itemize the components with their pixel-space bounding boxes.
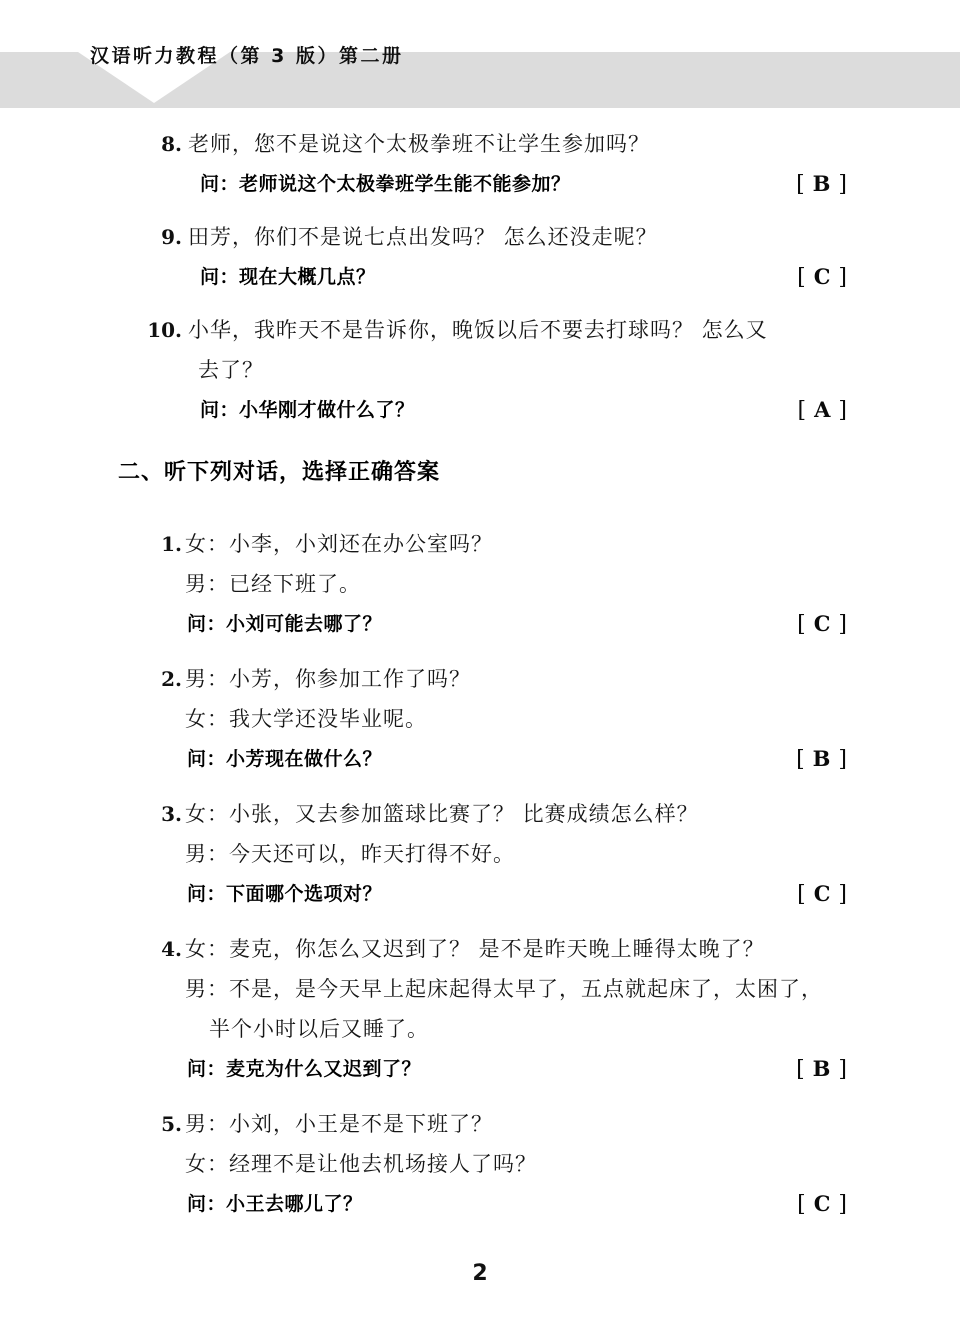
- dialogue-line: 小华，我昨天不是告诉你，晚饭以后不要去打球吗？ 怎么又: [188, 318, 768, 342]
- item-number: 5.: [0, 1104, 182, 1144]
- dialogue-line: 女：小张，又去参加篮球比赛了？ 比赛成绩怎么样？: [185, 802, 699, 826]
- bracket-right: ]: [838, 1057, 847, 1082]
- question-line: 问：下面哪个选项对？: [187, 883, 382, 905]
- bracket-left: [: [797, 612, 806, 637]
- answer-key: [B]: [796, 164, 847, 205]
- section-part2: 1. 女：小李，小刘还在办公室吗？ 男：已经下班了。 问：小刘可能去哪了？ [C…: [0, 524, 960, 1224]
- book-title: 汉语听力教程（第 3 版）第二册: [90, 41, 403, 68]
- bracket-right: ]: [838, 398, 847, 423]
- answer-key: [C]: [797, 874, 847, 915]
- page-content: 8. 老师，您不是说这个太极拳班不让学生参加吗？ 问：老师说这个太极拳班学生能不…: [0, 0, 960, 1294]
- answer-key: [B]: [796, 739, 847, 780]
- section-heading: 二、听下列对话，选择正确答案: [0, 453, 960, 493]
- item-number: 2.: [0, 659, 182, 699]
- question-line: 问：小王去哪儿了？: [187, 1193, 363, 1215]
- dialogue-line: 女：麦克，你怎么又迟到了？ 是不是昨天晚上睡得太晚了？: [185, 937, 765, 961]
- question-line: 问：老师说这个太极拳班学生能不能参加？: [200, 173, 571, 195]
- bracket-left: [: [797, 882, 806, 907]
- bracket-right: ]: [838, 265, 847, 290]
- bracket-left: [: [796, 1057, 805, 1082]
- answer-letter: C: [814, 611, 831, 636]
- bracket-left: [: [797, 265, 806, 290]
- bracket-right: ]: [838, 747, 847, 772]
- item-number: 1.: [0, 524, 182, 564]
- answer-key: [A]: [798, 390, 847, 431]
- dialogue-line: 女：经理不是让他去机场接人了吗？: [185, 1152, 537, 1176]
- dialogue-line: 男：已经下班了。: [185, 572, 361, 596]
- item-number: 4.: [0, 929, 182, 969]
- dialogue-line: 女：我大学还没毕业呢。: [185, 707, 427, 731]
- answer-key: [C]: [797, 257, 847, 298]
- question-line: 问：现在大概几点？: [200, 266, 376, 288]
- answer-letter: C: [814, 881, 831, 906]
- answer-letter: B: [813, 1056, 831, 1081]
- answer-letter: C: [814, 1191, 831, 1216]
- question-line: 问：小芳现在做什么？: [187, 748, 382, 770]
- question-item-10: 10. 小华，我昨天不是告诉你，晚饭以后不要去打球吗？ 怎么又 去了？ 问：小华…: [0, 310, 960, 430]
- item-number: 3.: [0, 794, 182, 834]
- bracket-right: ]: [838, 882, 847, 907]
- bracket-left: [: [796, 172, 805, 197]
- bracket-left: [: [796, 747, 805, 772]
- question-item-8: 8. 老师，您不是说这个太极拳班不让学生参加吗？ 问：老师说这个太极拳班学生能不…: [0, 124, 960, 204]
- dialogue-line: 半个小时以后又睡了。: [209, 1017, 429, 1041]
- answer-key: [C]: [797, 604, 847, 645]
- dialogue-line: 女：小李，小刘还在办公室吗？: [185, 532, 493, 556]
- question-line: 问：小刘可能去哪了？: [187, 613, 382, 635]
- dialogue-line: 男：小芳，你参加工作了吗？: [185, 667, 471, 691]
- page-number: 2: [0, 1254, 960, 1294]
- dialogue-line: 去了？: [198, 358, 264, 382]
- dialogue-item-2: 2. 男：小芳，你参加工作了吗？ 女：我大学还没毕业呢。 问：小芳现在做什么？ …: [0, 659, 960, 779]
- section-part1: 8. 老师，您不是说这个太极拳班不让学生参加吗？ 问：老师说这个太极拳班学生能不…: [0, 124, 960, 430]
- bracket-left: [: [798, 398, 807, 423]
- dialogue-item-3: 3. 女：小张，又去参加篮球比赛了？ 比赛成绩怎么样？ 男：今天还可以，昨天打得…: [0, 794, 960, 914]
- bracket-right: ]: [838, 612, 847, 637]
- dialogue-line: 田芳，你们不是说七点出发吗？ 怎么还没走呢？: [188, 225, 658, 249]
- item-number: 9.: [0, 217, 182, 257]
- answer-letter: A: [814, 397, 830, 422]
- answer-letter: B: [813, 746, 831, 771]
- bracket-right: ]: [838, 172, 847, 197]
- answer-key: [C]: [797, 1184, 847, 1225]
- answer-letter: B: [813, 171, 831, 196]
- answer-key: [B]: [796, 1049, 847, 1090]
- dialogue-item-1: 1. 女：小李，小刘还在办公室吗？ 男：已经下班了。 问：小刘可能去哪了？ [C…: [0, 524, 960, 644]
- bracket-right: ]: [838, 1192, 847, 1217]
- dialogue-line: 男：不是，是今天早上起床起得太早了，五点就起床了，太困了，: [185, 977, 823, 1001]
- question-line: 问：小华刚才做什么了？: [200, 399, 415, 421]
- item-number: 8.: [0, 124, 182, 164]
- dialogue-line: 男：小刘，小王是不是下班了？: [185, 1112, 493, 1136]
- dialogue-item-5: 5. 男：小刘，小王是不是下班了？ 女：经理不是让他去机场接人了吗？ 问：小王去…: [0, 1104, 960, 1224]
- answer-letter: C: [814, 264, 831, 289]
- question-line: 问：麦克为什么又迟到了？: [187, 1058, 421, 1080]
- dialogue-item-4: 4. 女：麦克，你怎么又迟到了？ 是不是昨天晚上睡得太晚了？ 男：不是，是今天早…: [0, 929, 960, 1089]
- bracket-left: [: [797, 1192, 806, 1217]
- item-number: 10.: [0, 310, 182, 350]
- dialogue-line: 男：今天还可以，昨天打得不好。: [185, 842, 515, 866]
- question-item-9: 9. 田芳，你们不是说七点出发吗？ 怎么还没走呢？ 问：现在大概几点？ [C]: [0, 217, 960, 297]
- dialogue-line: 老师，您不是说这个太极拳班不让学生参加吗？: [188, 132, 650, 156]
